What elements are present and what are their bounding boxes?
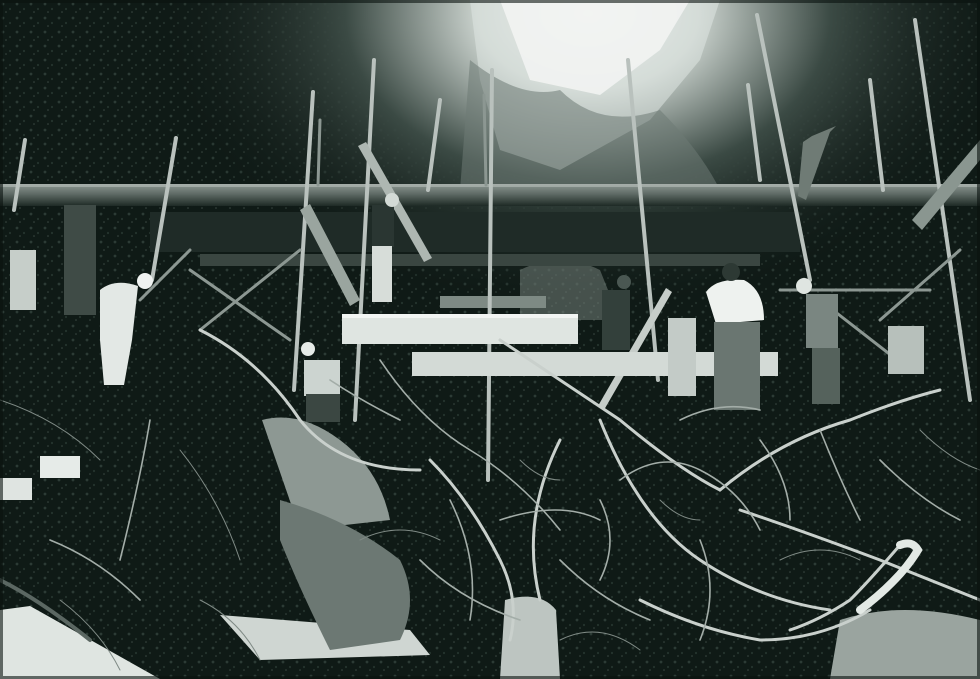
worker-edge bbox=[888, 326, 924, 374]
photograph: Black-and-white photograph of workers on… bbox=[0, 0, 980, 679]
photo-illustration bbox=[0, 0, 980, 679]
